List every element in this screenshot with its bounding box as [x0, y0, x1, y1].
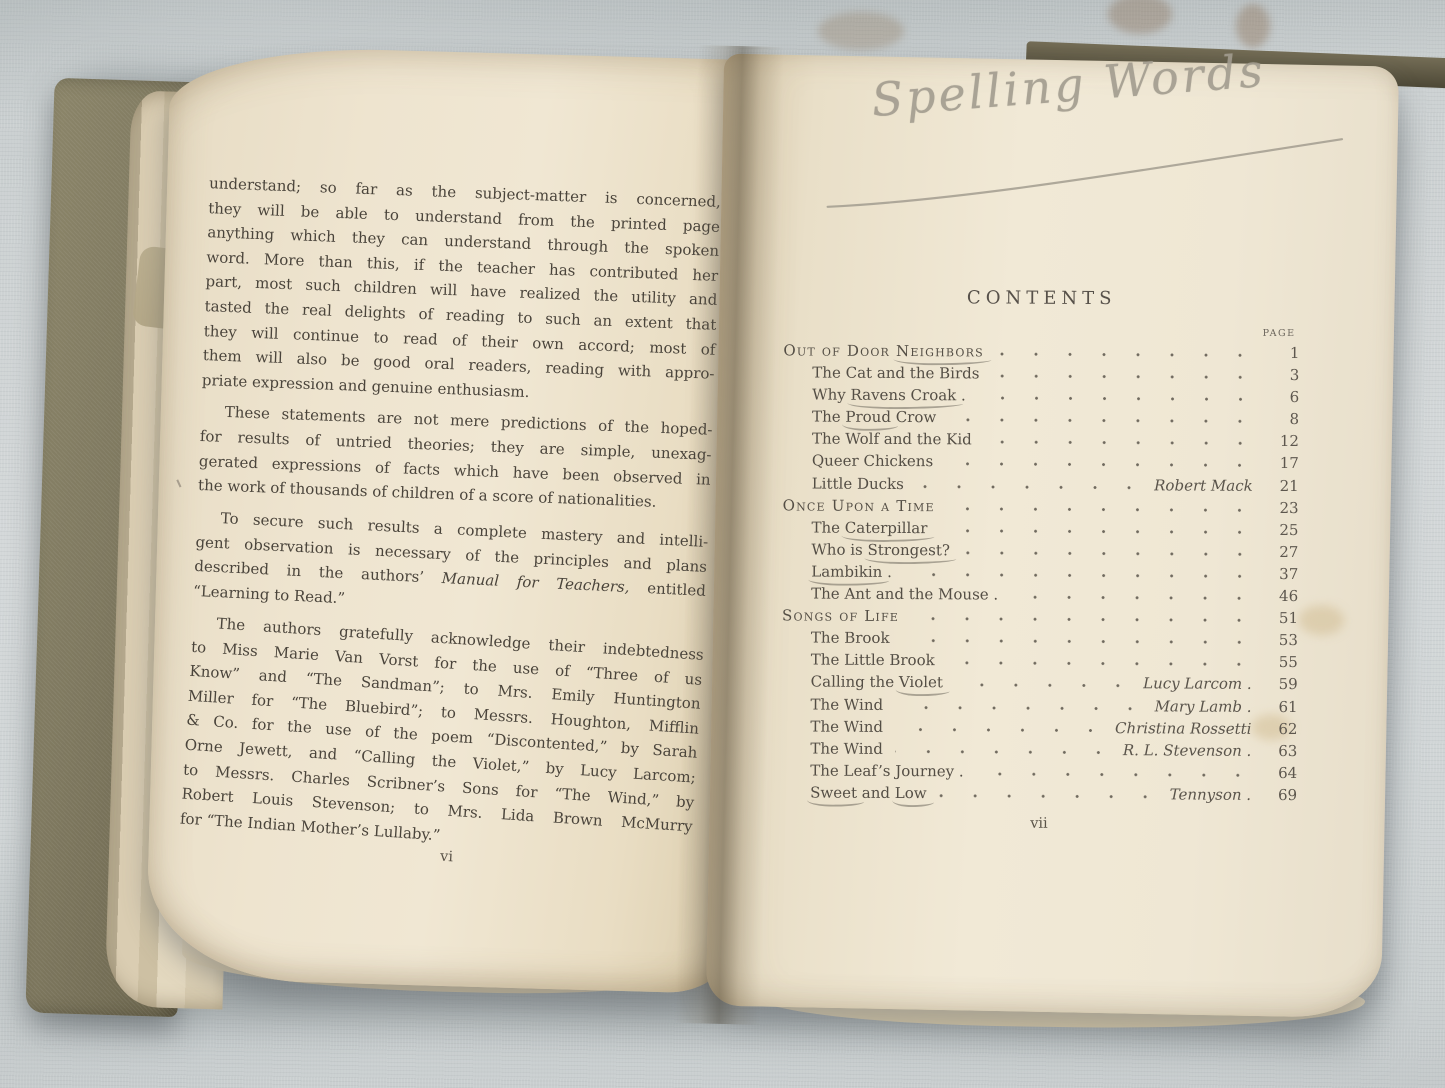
- contents-block: CONTENTS PAGE Out of Door Neighbors1The …: [781, 286, 1300, 833]
- paragraph: understand; so far as the subject-matter…: [202, 171, 722, 411]
- toc-title: Why Ravens Croak .: [783, 386, 966, 405]
- leader-dots: [911, 616, 1256, 623]
- leader-dots: [895, 749, 1115, 755]
- toc-author: Mary Lamb .: [1155, 697, 1252, 716]
- leader-dots: [1010, 595, 1256, 601]
- leader-dots: [916, 484, 1146, 490]
- toc-row: Little DucksRobert Mack21: [783, 474, 1299, 499]
- leader-dots: [945, 462, 1257, 469]
- toc-row: Out of Door Neighbors1: [783, 341, 1299, 366]
- leader-dots: [947, 661, 1256, 668]
- toc-page-number: 37: [1264, 565, 1298, 583]
- toc-page-number: 61: [1264, 697, 1298, 715]
- right-page-number: vii: [781, 814, 1297, 833]
- toc-title: The Leaf’s Journey .: [781, 761, 963, 780]
- toc-title: Songs of Life: [782, 607, 899, 626]
- leader-dots: [984, 440, 1257, 446]
- toc-page-number: 55: [1264, 653, 1298, 671]
- toc-page-number: 6: [1265, 388, 1299, 406]
- leader-dots: [895, 727, 1107, 733]
- right-page: Spelling Words CONTENTS PAGE Out of Door…: [706, 54, 1399, 1019]
- toc-title: Once Upon a Time: [783, 496, 935, 515]
- toc-title: Lambikin .: [782, 562, 892, 581]
- pencil-margin-mark: [176, 479, 181, 487]
- toc-row: The WindChristina Rossetti62: [781, 717, 1297, 742]
- foxing-spot: [1298, 605, 1345, 636]
- toc-row: The Little Brook55: [782, 651, 1298, 676]
- toc-row: Songs of Life51: [782, 607, 1298, 632]
- toc-title: The Wind: [781, 717, 883, 736]
- pencil-underlined-word: Sweet: [810, 783, 857, 801]
- toc-row: Once Upon a Time23: [783, 496, 1299, 521]
- toc-row: The Wolf and the Kid12: [783, 430, 1299, 455]
- toc-row: The Brook53: [782, 629, 1298, 654]
- toc-title: The Little Brook: [782, 651, 935, 670]
- toc-page-number: 62: [1263, 720, 1297, 738]
- toc-title: Queer Chickens: [783, 452, 933, 471]
- toc-page-number: 46: [1264, 587, 1298, 605]
- toc-row: The Proud Crow8: [783, 408, 1299, 433]
- toc-author: Christina Rossetti: [1115, 719, 1252, 738]
- paragraph: These statements are not mere prediction…: [198, 399, 713, 516]
- toc-row: The Ant and the Mouse .46: [782, 584, 1298, 609]
- toc-title: Out of Door Neighbors: [783, 341, 984, 360]
- leader-dots: [947, 506, 1257, 513]
- pencil-underlined-word: Proud: [845, 408, 891, 426]
- toc-title: Calling the Violet: [782, 673, 943, 692]
- toc-row: Why Ravens Croak .6: [783, 386, 1299, 411]
- leader-dots: [976, 771, 1256, 777]
- toc-title: Sweet and Low: [781, 783, 927, 802]
- toc-page-number: 53: [1264, 631, 1298, 649]
- toc-page-number: 1: [1265, 344, 1299, 362]
- toc-page-number: 69: [1263, 786, 1297, 804]
- toc-row: Who is Strongest?27: [782, 540, 1298, 565]
- pencil-underlined-word: Caterpillar: [845, 518, 928, 536]
- paragraph: To secure such results a complete master…: [193, 505, 709, 628]
- pencil-underlined-word: Ravens Croak: [850, 386, 956, 405]
- toc-row: Sweet and LowTennyson .69: [781, 783, 1297, 808]
- leader-dots: [948, 418, 1257, 425]
- toc-page-number: 51: [1264, 609, 1298, 627]
- leader-dots: [991, 374, 1257, 380]
- toc-title: The Wind: [781, 739, 883, 758]
- toc-author: Robert Mack: [1154, 476, 1253, 495]
- toc-page-number: 59: [1264, 675, 1298, 693]
- pencil-underlined-word: Violet: [899, 673, 943, 691]
- left-page-text: understand; so far as the subject-matter…: [185, 171, 721, 857]
- toc-title: Who is Strongest?: [782, 540, 950, 559]
- toc-page-number: 25: [1264, 521, 1298, 539]
- toc-title: The Ant and the Mouse .: [782, 584, 998, 603]
- leader-dots: [978, 396, 1257, 402]
- toc-row: The WindR. L. Stevenson .63: [781, 739, 1297, 764]
- toc-row: The WindMary Lamb .61: [782, 695, 1298, 720]
- toc-author: R. L. Stevenson .: [1123, 741, 1252, 760]
- toc-title: The Wind: [782, 695, 884, 714]
- toc-row: Lambikin .37: [782, 562, 1298, 587]
- fabric-stain: [818, 12, 904, 50]
- toc-page-number: 21: [1265, 476, 1299, 494]
- toc-row: Queer Chickens17: [783, 452, 1299, 477]
- toc-title: The Proud Crow: [783, 408, 936, 427]
- leader-dots: [939, 793, 1162, 799]
- paragraph: The authors gratefully acknowledge their…: [179, 610, 704, 864]
- toc-page-number: 27: [1264, 543, 1298, 561]
- leader-dots: [902, 638, 1256, 645]
- toc-page-number: 64: [1263, 764, 1297, 782]
- toc-page-number: 12: [1265, 432, 1299, 450]
- toc-title: The Cat and the Birds: [783, 363, 979, 382]
- pencil-underlined-word: Strongest?: [867, 541, 950, 559]
- handwriting-underline: [819, 127, 1351, 218]
- toc-title: The Wolf and the Kid: [783, 430, 972, 449]
- leader-dots: [962, 550, 1256, 557]
- page-column-label: PAGE: [784, 325, 1300, 339]
- book-photo-scene: understand; so far as the subject-matter…: [0, 0, 1445, 1088]
- toc-row: Calling the VioletLucy Larcom .59: [782, 673, 1298, 698]
- toc-author: Lucy Larcom .: [1143, 675, 1252, 694]
- toc-list: Out of Door Neighbors1The Cat and the Bi…: [781, 341, 1299, 808]
- toc-page-number: 8: [1265, 410, 1299, 428]
- leader-dots: [904, 572, 1256, 579]
- left-page: understand; so far as the subject-matter…: [145, 44, 753, 994]
- toc-row: The Cat and the Birds3: [783, 363, 1299, 388]
- leader-dots: [939, 528, 1256, 535]
- toc-title: Little Ducks: [783, 474, 904, 493]
- handwriting-annotation: Spelling Words: [811, 30, 1363, 251]
- toc-row: The Caterpillar25: [782, 518, 1298, 543]
- toc-title: The Brook: [782, 629, 890, 648]
- toc-page-number: 3: [1265, 366, 1299, 384]
- pencil-underlined-word: Low: [895, 784, 927, 802]
- leader-dots: [996, 352, 1258, 358]
- contents-heading: CONTENTS: [784, 286, 1300, 310]
- toc-title: The Caterpillar: [782, 518, 927, 537]
- pencil-underlined-word: Lambikin: [811, 562, 882, 580]
- toc-author: Tennyson .: [1170, 785, 1252, 803]
- toc-page-number: 23: [1265, 499, 1299, 517]
- toc-page-number: 63: [1263, 742, 1297, 760]
- toc-page-number: 17: [1265, 454, 1299, 472]
- leader-dots: [895, 704, 1147, 710]
- leader-dots: [955, 683, 1135, 689]
- pencil-underlined-word: Neighbors: [896, 342, 984, 360]
- toc-row: The Leaf’s Journey .64: [781, 761, 1297, 786]
